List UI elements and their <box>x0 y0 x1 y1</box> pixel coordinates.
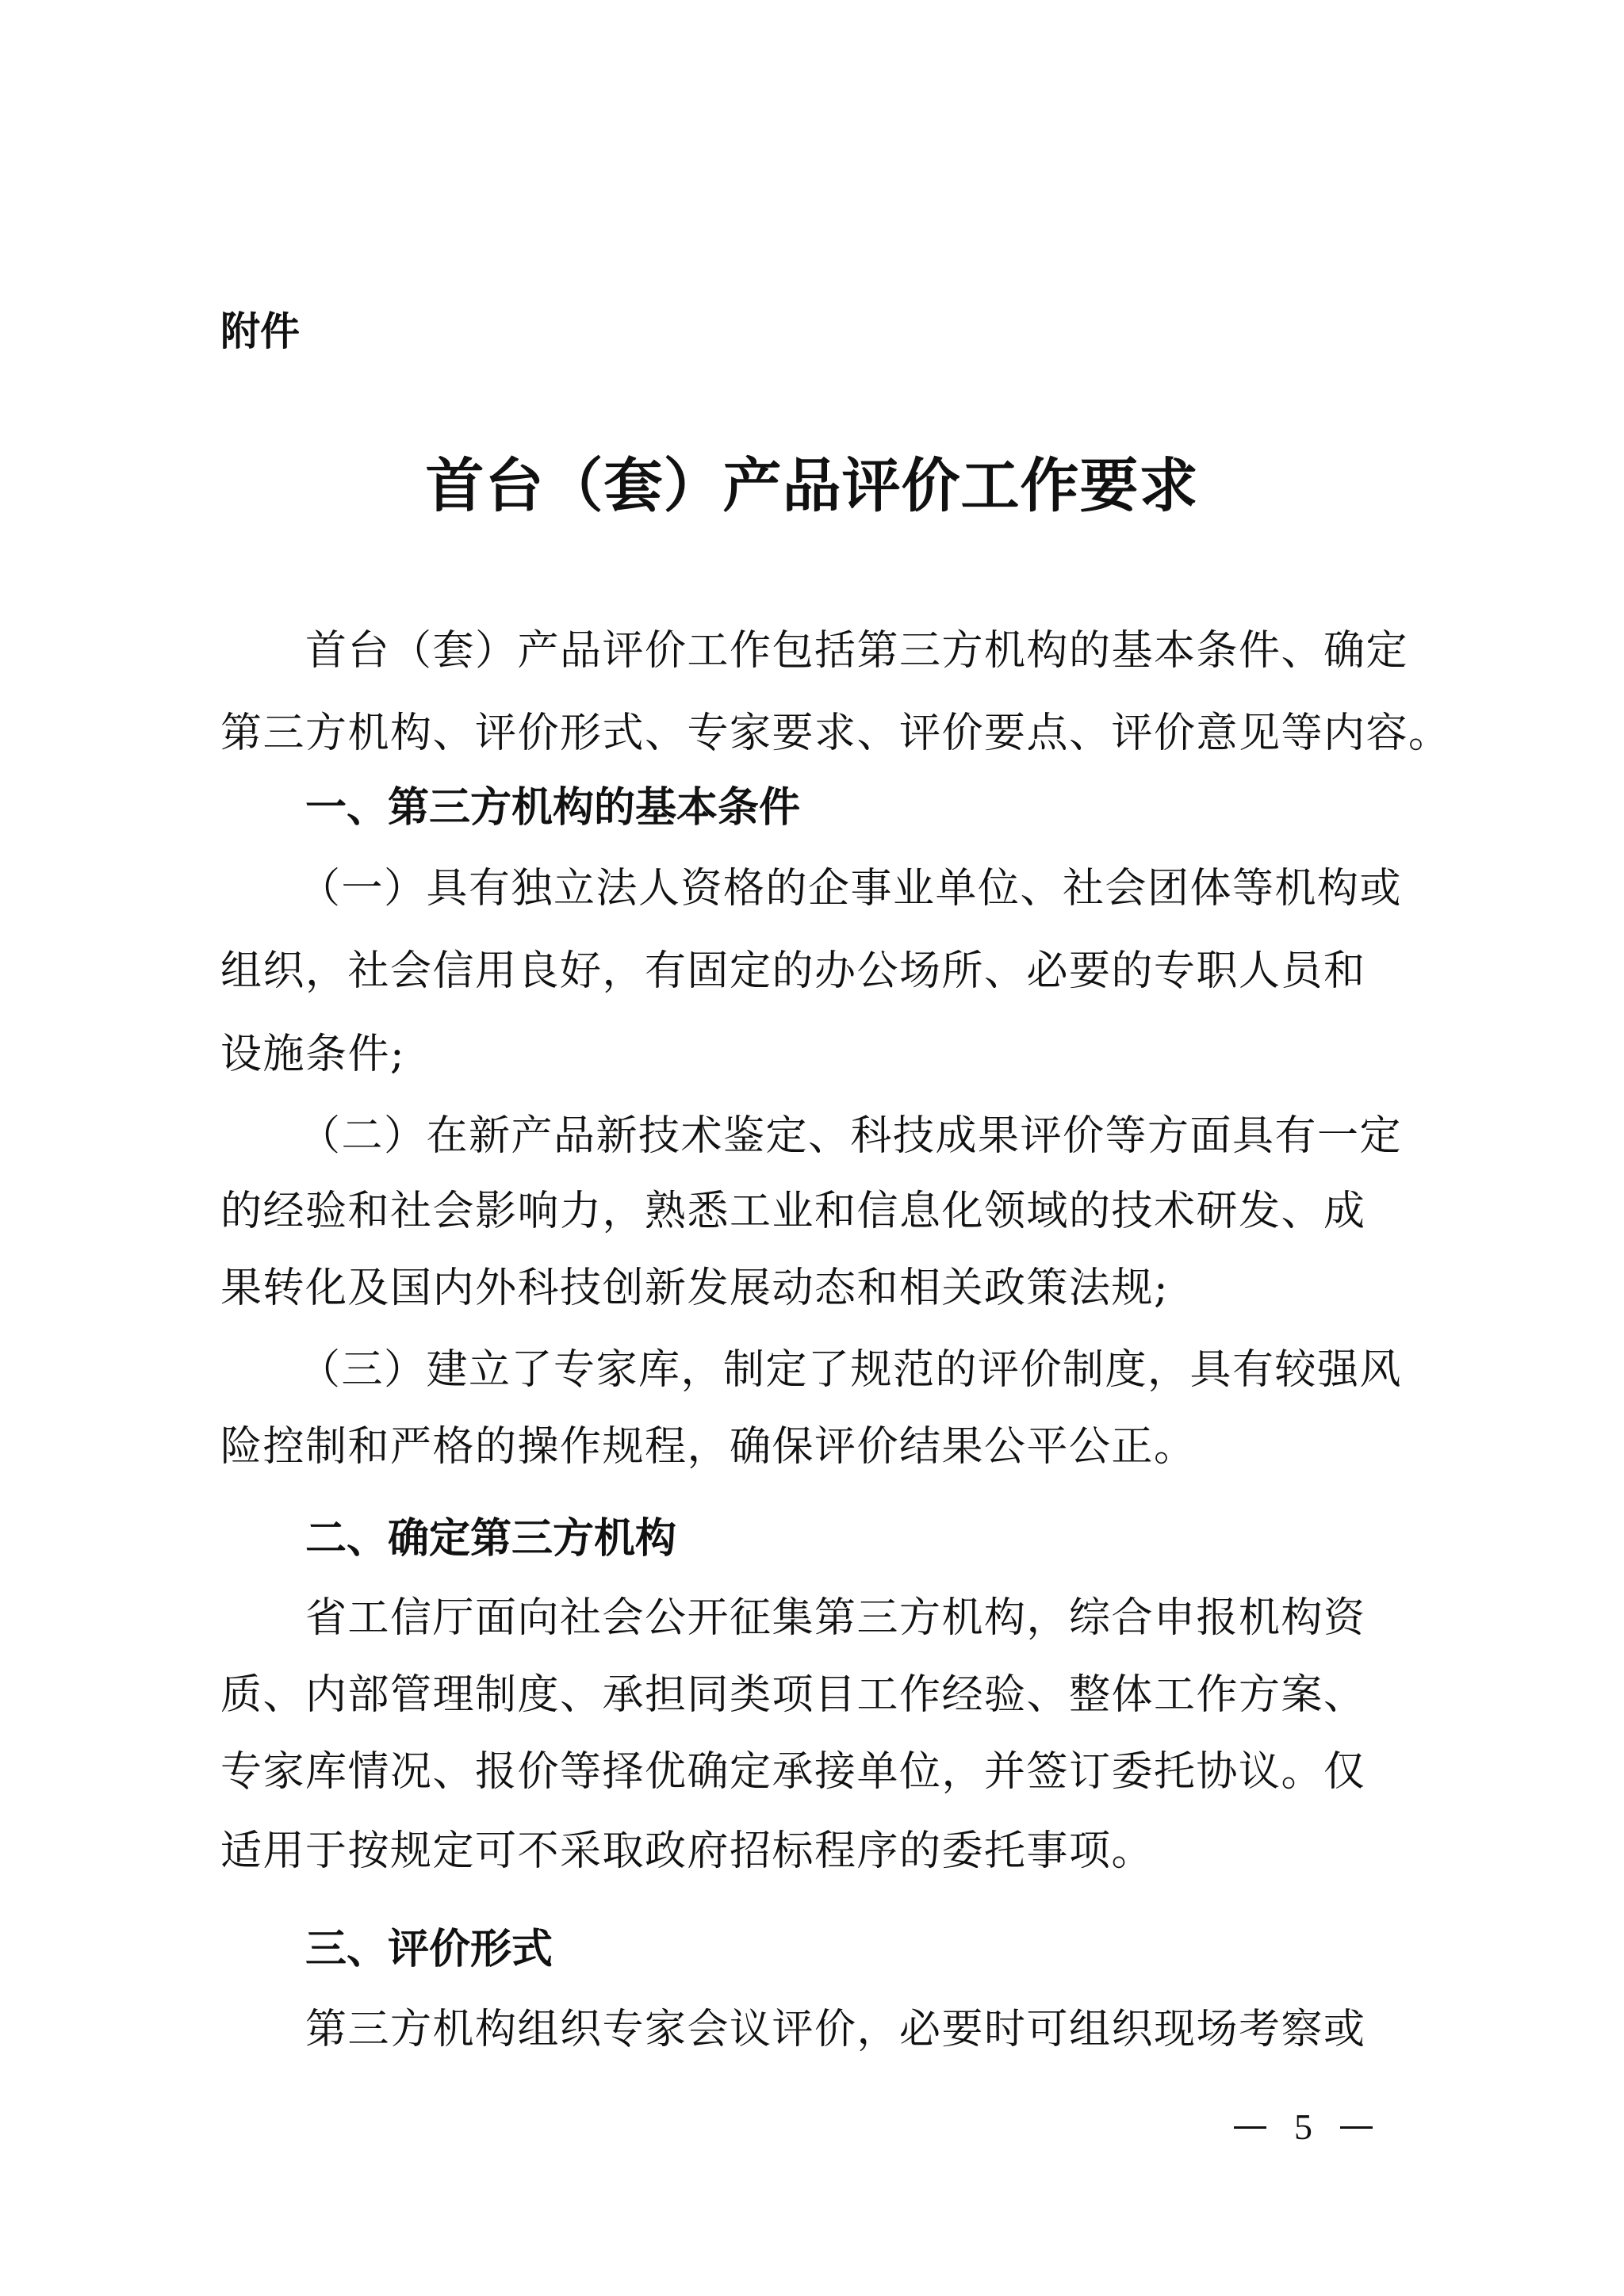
paragraph-line: 第三方机构、评价形式、专家要求、评价要点、评价意见等内容。 <box>220 710 1410 757</box>
section-heading: 三、评价形式 <box>305 1926 1495 1973</box>
document-title: 首台（套）产品评价工作要求 <box>0 450 1624 522</box>
page-number-value: 5 <box>1294 2105 1312 2149</box>
paragraph-line: （三）建立了专家库，制定了规范的评价制度，具有较强风 <box>299 1346 1488 1394</box>
paragraph-line: 质、内部管理制度、承担同类项目工作经验、整体工作方案、 <box>220 1671 1410 1719</box>
page-number-right-dash <box>1340 2126 1373 2129</box>
section-heading: 一、第三方机构的基本条件 <box>305 784 1495 832</box>
paragraph-line: 专家库情况、报价等择优确定承接单位，并签订委托协议。仅 <box>220 1748 1410 1796</box>
paragraph-line: 省工信厅面向社会公开征集第三方机构，综合申报机构资 <box>305 1594 1495 1642</box>
page-number-left-dash <box>1234 2126 1266 2129</box>
page-number: 5 <box>1234 2105 1373 2149</box>
document-page: 附件 首台（套）产品评价工作要求 首台（套）产品评价工作包括第三方机构的基本条件… <box>0 0 1624 2296</box>
paragraph-line: （一）具有独立法人资格的企事业单位、社会团体等机构或 <box>299 865 1488 913</box>
paragraph-line: 设施条件; <box>220 1031 1410 1078</box>
paragraph-line: 险控制和严格的操作规程，确保评价结果公平公正。 <box>220 1423 1410 1471</box>
paragraph-line: 果转化及国内外科技创新发展动态和相关政策法规; <box>220 1265 1410 1312</box>
paragraph-line: 的经验和社会影响力，熟悉工业和信息化领域的技术研发、成 <box>220 1188 1410 1235</box>
paragraph-line: （二）在新产品新技术鉴定、科技成果评价等方面具有一定 <box>299 1112 1488 1160</box>
paragraph-line: 组织，社会信用良好，有固定的办公场所、必要的专职人员和 <box>220 947 1410 995</box>
paragraph-line: 首台（套）产品评价工作包括第三方机构的基本条件、确定 <box>305 627 1495 675</box>
paragraph-line: 适用于按规定可不采取政府招标程序的委托事项。 <box>220 1827 1410 1875</box>
attachment-label: 附件 <box>220 308 300 355</box>
paragraph-line: 第三方机构组织专家会议评价，必要时可组织现场考察或 <box>305 2006 1495 2053</box>
section-heading: 二、确定第三方机构 <box>305 1515 1495 1563</box>
